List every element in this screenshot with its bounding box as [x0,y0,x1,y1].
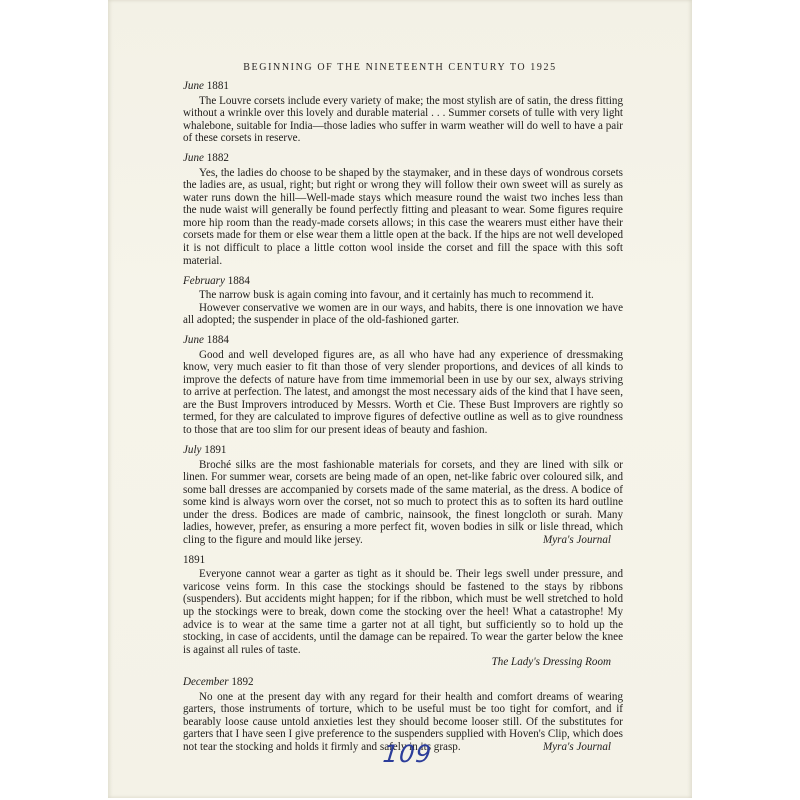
date-month: June [183,152,204,164]
page-body: June 1881 The Louvre corsets include eve… [183,80,623,761]
entry-paragraph: The narrow busk is again coming into fav… [183,289,623,302]
entry-date: June 1882 [183,152,623,165]
entry-paragraph: The Louvre corsets include every variety… [183,95,623,145]
date-year: 1884 [228,275,250,287]
date-year: 1892 [231,676,253,688]
date-month: February [183,275,225,287]
handwritten-page-number: 109 [382,740,434,768]
entry-paragraph: Good and well developed figures are, as … [183,349,623,437]
date-year: 1882 [207,152,229,164]
entry-1891: 1891 Everyone cannot wear a garter as ti… [183,554,623,669]
date-month: June [183,334,204,346]
running-head: BEGINNING OF THE NINETEENTH CENTURY TO 1… [0,62,800,73]
entry-date: June 1884 [183,334,623,347]
entry-date: December 1892 [183,676,623,689]
date-month: July [183,444,201,456]
entry-date: February 1884 [183,275,623,288]
date-year: 1891 [204,444,226,456]
entry-february-1884: February 1884 The narrow busk is again c… [183,275,623,327]
entry-june-1884: June 1884 Good and well developed figure… [183,334,623,436]
date-month: June [183,80,204,92]
entry-june-1882: June 1882 Yes, the ladies do choose to b… [183,152,623,267]
entry-paragraph: Everyone cannot wear a garter as tight a… [183,568,623,656]
date-month: December [183,676,229,688]
date-year: 1891 [183,554,205,566]
date-year: 1884 [207,334,229,346]
entry-paragraph: However conservative we women are in our… [183,302,623,327]
date-year: 1881 [207,80,229,92]
source-attribution: The Lady's Dressing Room [183,656,623,669]
entry-date: 1891 [183,554,623,567]
entry-date: June 1881 [183,80,623,93]
entry-july-1891: July 1891 Broché silks are the most fash… [183,444,623,546]
entry-date: July 1891 [183,444,623,457]
entry-paragraph: Yes, the ladies do choose to be shaped b… [183,167,623,267]
entry-june-1881: June 1881 The Louvre corsets include eve… [183,80,623,145]
